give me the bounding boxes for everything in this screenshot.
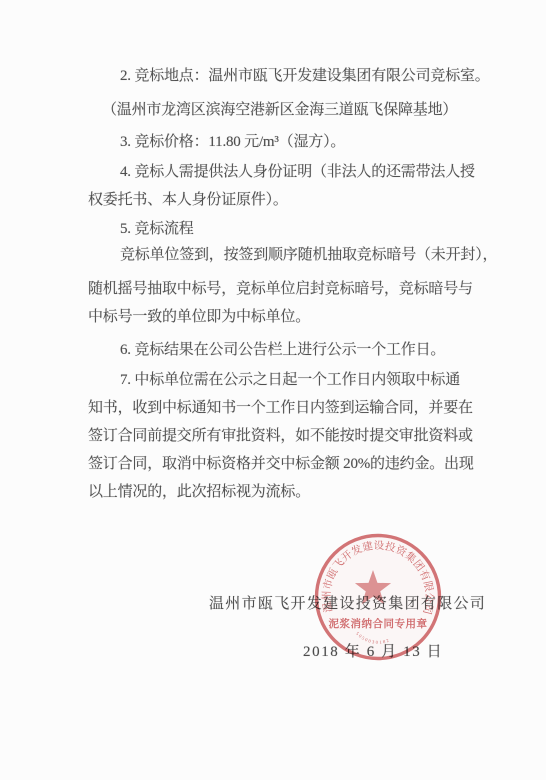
doc-line: 中标号一致的单位即为中标单位。	[88, 305, 310, 326]
doc-line: 6. 竞标结果在公司公告栏上进行公示一个工作日。	[120, 338, 445, 359]
doc-line: 随机摇号抽取中标号，竞标单位启封竞标暗号，竞标暗号与	[88, 277, 473, 298]
doc-line: 7. 中标单位需在公示之日起一个工作日内领取中标通	[120, 368, 460, 389]
doc-line: 3. 竞标价格：11.80 元/m³（湿方）。	[120, 130, 345, 151]
scanned-document-page: 2. 竞标地点：温州市瓯飞开发建设集团有限公司竞标室。 （温州市龙湾区滨海空港新…	[0, 0, 546, 780]
stamp-banner-text: 泥浆消纳合同专用章	[329, 617, 428, 630]
doc-line: 竞标单位签到，按签到顺序随机抽取竞标暗号（未开封），	[120, 243, 497, 264]
doc-line: 签订合同，取消中标资格并交中标金额 20%的违约金。出现	[88, 452, 474, 473]
doc-line: 4. 竞标人需提供法人身份证明（非法人的还需带法人授	[120, 160, 475, 181]
doc-line: 知书，收到中标通知书一个工作日内签到运输合同，并要在	[88, 396, 473, 417]
company-seal-stamp: 温州市瓯飞开发建设投资集团有限公司 泥浆消纳合同专用章 5050030182	[311, 531, 445, 665]
doc-line: 以上情况的，此次招标视为流标。	[88, 480, 310, 501]
doc-line: 5. 竞标流程	[120, 217, 194, 238]
doc-line: 权委托书、本人身份证原件）。	[88, 188, 288, 209]
doc-line: （温州市龙湾区滨海空港新区金海三道瓯飞保障基地）	[102, 98, 457, 119]
doc-line: 2. 竞标地点：温州市瓯飞开发建设集团有限公司竞标室。	[120, 64, 490, 85]
doc-line: 签订合同前提交所有审批资料，如不能按时提交审批资料或	[88, 424, 473, 445]
